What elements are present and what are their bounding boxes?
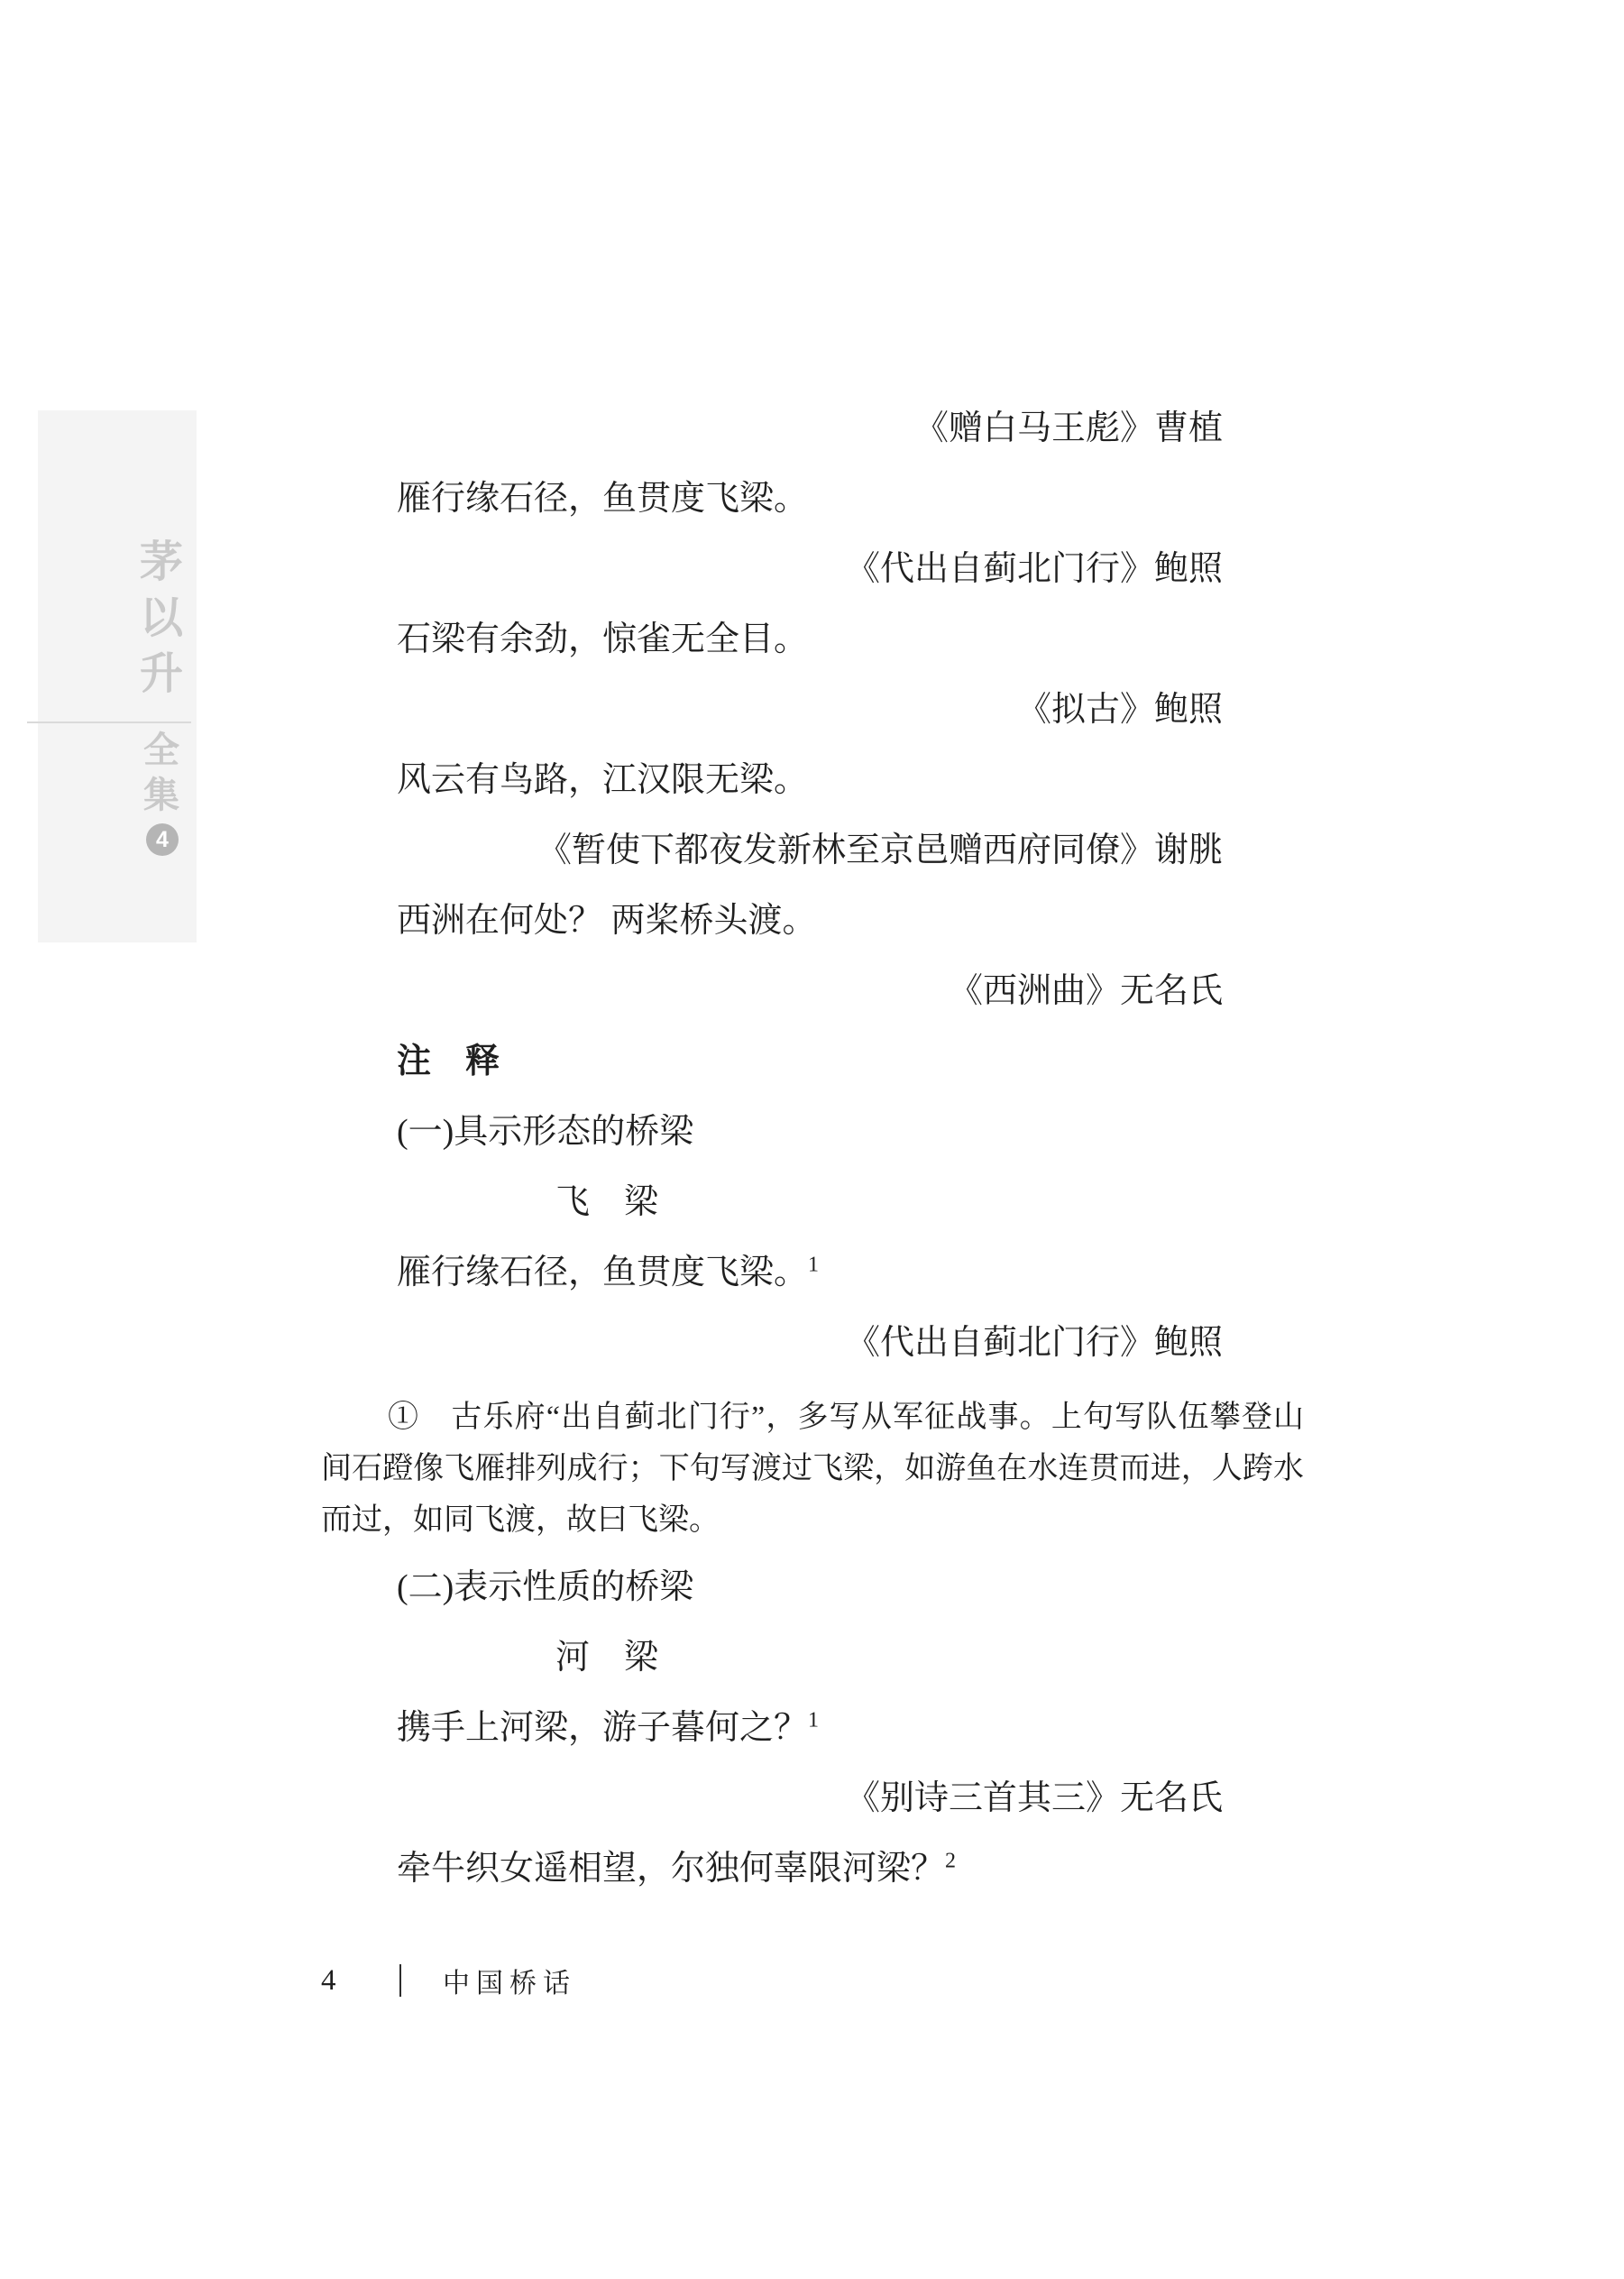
- footer-divider: [399, 1964, 401, 1997]
- attribution-line: 《西洲曲》无名氏: [321, 956, 1304, 1026]
- subsection-text: (二)表示性质的桥梁: [397, 1568, 693, 1606]
- volume-badge: 4: [146, 823, 179, 856]
- subsection-heading: (二)表示性质的桥梁: [321, 1552, 1304, 1622]
- verse-line: 携手上河梁，游子暮何之？1: [321, 1693, 1304, 1763]
- series-char: 以: [140, 591, 183, 647]
- page-footer: 4 中国桥话: [321, 1962, 576, 1999]
- term-subtitle: 飞 梁: [321, 1167, 1304, 1237]
- collection-char: 集: [143, 773, 179, 818]
- attribution-text: 《代出自蓟北门行》鲍照: [846, 1324, 1223, 1362]
- attribution-line: 《代出自蓟北门行》鲍照: [321, 534, 1304, 604]
- footnote-paragraph: ① 古乐府“出自蓟北门行”，多写从军征战事。上句写队伍攀登山间石蹬像飞雁排列成行…: [321, 1392, 1304, 1546]
- attribution-text: 《西洲曲》无名氏: [949, 972, 1223, 1010]
- attribution-line: 《赠白马王彪》曹植: [321, 393, 1304, 464]
- footnote-text: ① 古乐府“出自蓟北门行”，多写从军征战事。上句写队伍攀登山间石蹬像飞雁排列成行…: [321, 1401, 1304, 1537]
- verse-line: 风云有鸟路，江汉限无梁。: [321, 745, 1304, 815]
- verse-line: 雁行缘石径，鱼贯度飞梁。: [321, 464, 1304, 534]
- footnote-ref: 1: [808, 1253, 819, 1276]
- verse-text: 风云有鸟路，江汉限无梁。: [397, 761, 808, 799]
- collection-char: 全: [143, 728, 179, 773]
- verse-line: 雁行缘石径，鱼贯度飞梁。1: [321, 1237, 1304, 1308]
- attribution-line: 《暂使下都夜发新林至京邑赠西府同僚》谢朓: [321, 815, 1304, 886]
- verse-line: 牵牛织女遥相望，尔独何辜限河梁？2: [321, 1833, 1304, 1904]
- attribution-text: 《拟古》鲍照: [1017, 691, 1223, 729]
- attribution-text: 《赠白马王彪》曹植: [914, 409, 1223, 447]
- attribution-text: 《别诗三首其三》无名氏: [846, 1779, 1223, 1817]
- spine-divider: [27, 721, 191, 723]
- verse-line: 西洲在何处？ 两桨桥头渡。: [321, 886, 1304, 956]
- attribution-text: 《代出自蓟北门行》鲍照: [846, 550, 1223, 588]
- series-char: 升: [140, 647, 183, 703]
- verse-text: 石梁有余劲，惊雀无全目。: [397, 620, 808, 658]
- attribution-line: 《拟古》鲍照: [321, 675, 1304, 745]
- verse-text: 牵牛织女遥相望，尔独何辜限河梁？: [397, 1850, 945, 1888]
- verse-text: 西洲在何处？ 两桨桥头渡。: [397, 902, 817, 940]
- page-number: 4: [321, 1964, 399, 1998]
- verse-line: 石梁有余劲，惊雀无全目。: [321, 604, 1304, 675]
- attribution-text: 《暂使下都夜发新林至京邑赠西府同僚》谢朓: [537, 832, 1223, 869]
- subsection-heading: (一)具示形态的桥梁: [321, 1097, 1304, 1167]
- section-heading-text: 注 释: [397, 1043, 500, 1080]
- subsection-text: (一)具示形态的桥梁: [397, 1113, 693, 1151]
- verse-text: 携手上河梁，游子暮何之？: [397, 1709, 808, 1747]
- collection-title-vertical: 全 集: [142, 728, 180, 818]
- series-char: 茅: [140, 535, 183, 591]
- term-subtitle-text: 飞 梁: [555, 1183, 658, 1221]
- verse-text: 雁行缘石径，鱼贯度飞梁。: [397, 1254, 808, 1291]
- term-subtitle: 河 梁: [321, 1622, 1304, 1693]
- footnote-ref: 1: [808, 1708, 819, 1732]
- attribution-line: 《别诗三首其三》无名氏: [321, 1763, 1304, 1833]
- spine-band: 茅 以 升 全 集 4: [38, 410, 197, 942]
- section-heading: 注 释: [321, 1026, 1304, 1097]
- text-column: 《赠白马王彪》曹植 雁行缘石径，鱼贯度飞梁。 《代出自蓟北门行》鲍照 石梁有余劲…: [321, 393, 1304, 1904]
- footnote-ref: 2: [945, 1849, 956, 1872]
- attribution-line: 《代出自蓟北门行》鲍照: [321, 1308, 1304, 1378]
- book-title: 中国桥话: [443, 1961, 576, 2000]
- term-subtitle-text: 河 梁: [555, 1639, 658, 1677]
- verse-text: 雁行缘石径，鱼贯度飞梁。: [397, 480, 808, 518]
- series-title-vertical: 茅 以 升: [139, 535, 184, 703]
